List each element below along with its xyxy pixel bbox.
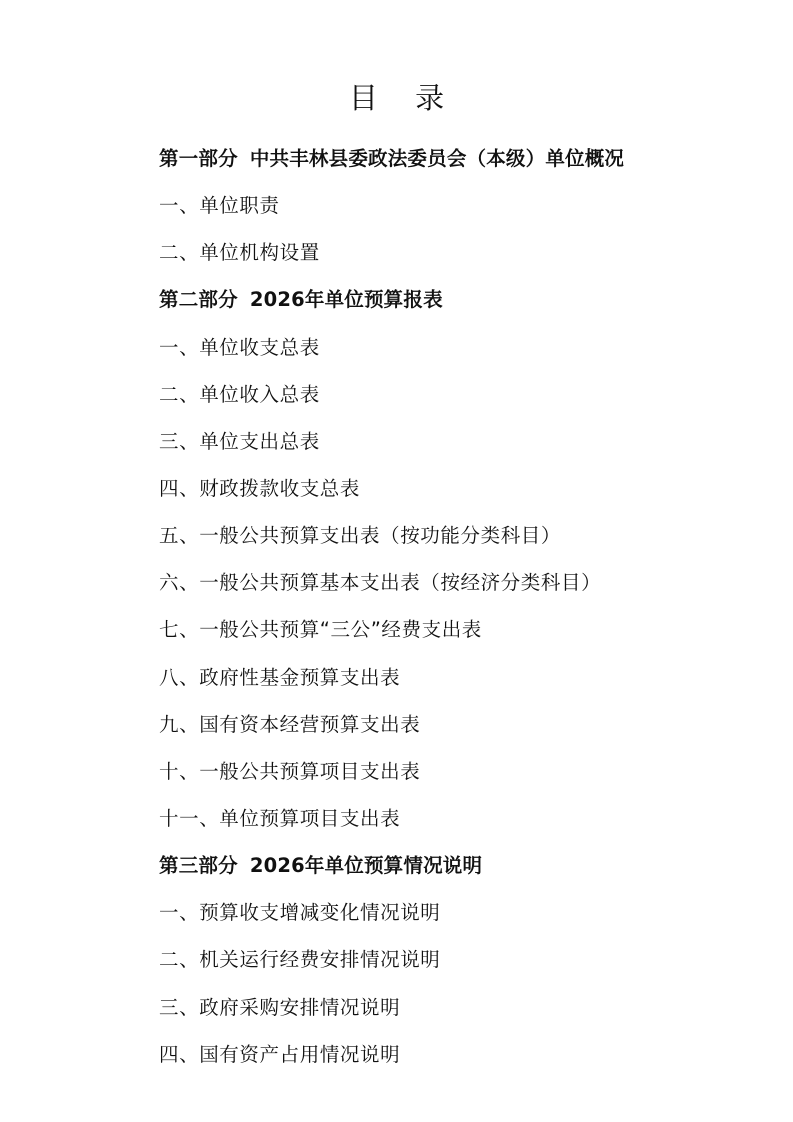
toc-item-revenue-expenditure-summary[interactable]: 一、单位收支总表: [159, 331, 739, 378]
toc-item-unit-duties[interactable]: 一、单位职责: [159, 189, 739, 236]
toc-item-operating-expenses[interactable]: 二、机关运行经费安排情况说明: [159, 943, 739, 990]
toc-part-1-heading[interactable]: 第一部分中共丰林县委政法委员会（本级）单位概况: [159, 142, 739, 189]
part-label: 第二部分: [159, 288, 238, 311]
toc-item-government-fund-budget[interactable]: 八、政府性基金预算支出表: [159, 661, 739, 708]
part-title: 中共丰林县委政法委员会（本级）单位概况: [250, 147, 624, 170]
part-label: 第一部分: [159, 147, 238, 170]
toc-item-state-capital-budget[interactable]: 九、国有资本经营预算支出表: [159, 708, 739, 755]
toc-item-general-budget-projects[interactable]: 十、一般公共预算项目支出表: [159, 755, 739, 802]
part-title: 2026年单位预算报表: [250, 288, 443, 311]
toc-item-unit-organization[interactable]: 二、单位机构设置: [159, 236, 739, 283]
toc-item-government-procurement[interactable]: 三、政府采购安排情况说明: [159, 991, 739, 1038]
toc-item-fiscal-appropriation-summary[interactable]: 四、财政拨款收支总表: [159, 472, 739, 519]
toc-item-general-budget-by-function[interactable]: 五、一般公共预算支出表（按功能分类科目）: [159, 519, 739, 566]
toc-item-expenditure-summary[interactable]: 三、单位支出总表: [159, 425, 739, 472]
toc-item-three-public-expenses[interactable]: 七、一般公共预算“三公”经费支出表: [159, 613, 739, 660]
page-title: 目 录: [0, 78, 793, 118]
part-label: 第三部分: [159, 854, 238, 877]
toc-item-revenue-summary[interactable]: 二、单位收入总表: [159, 378, 739, 425]
toc-item-state-assets[interactable]: 四、国有资产占用情况说明: [159, 1038, 739, 1085]
toc-item-budget-changes[interactable]: 一、预算收支增减变化情况说明: [159, 896, 739, 943]
part-title: 2026年单位预算情况说明: [250, 854, 482, 877]
toc-item-unit-budget-projects[interactable]: 十一、单位预算项目支出表: [159, 802, 739, 849]
toc-item-general-budget-basic-by-economic[interactable]: 六、一般公共预算基本支出表（按经济分类科目）: [159, 566, 739, 613]
toc-part-3-heading[interactable]: 第三部分2026年单位预算情况说明: [159, 849, 739, 896]
table-of-contents: 第一部分中共丰林县委政法委员会（本级）单位概况 一、单位职责 二、单位机构设置 …: [159, 142, 739, 1085]
toc-part-2-heading[interactable]: 第二部分2026年单位预算报表: [159, 283, 739, 330]
